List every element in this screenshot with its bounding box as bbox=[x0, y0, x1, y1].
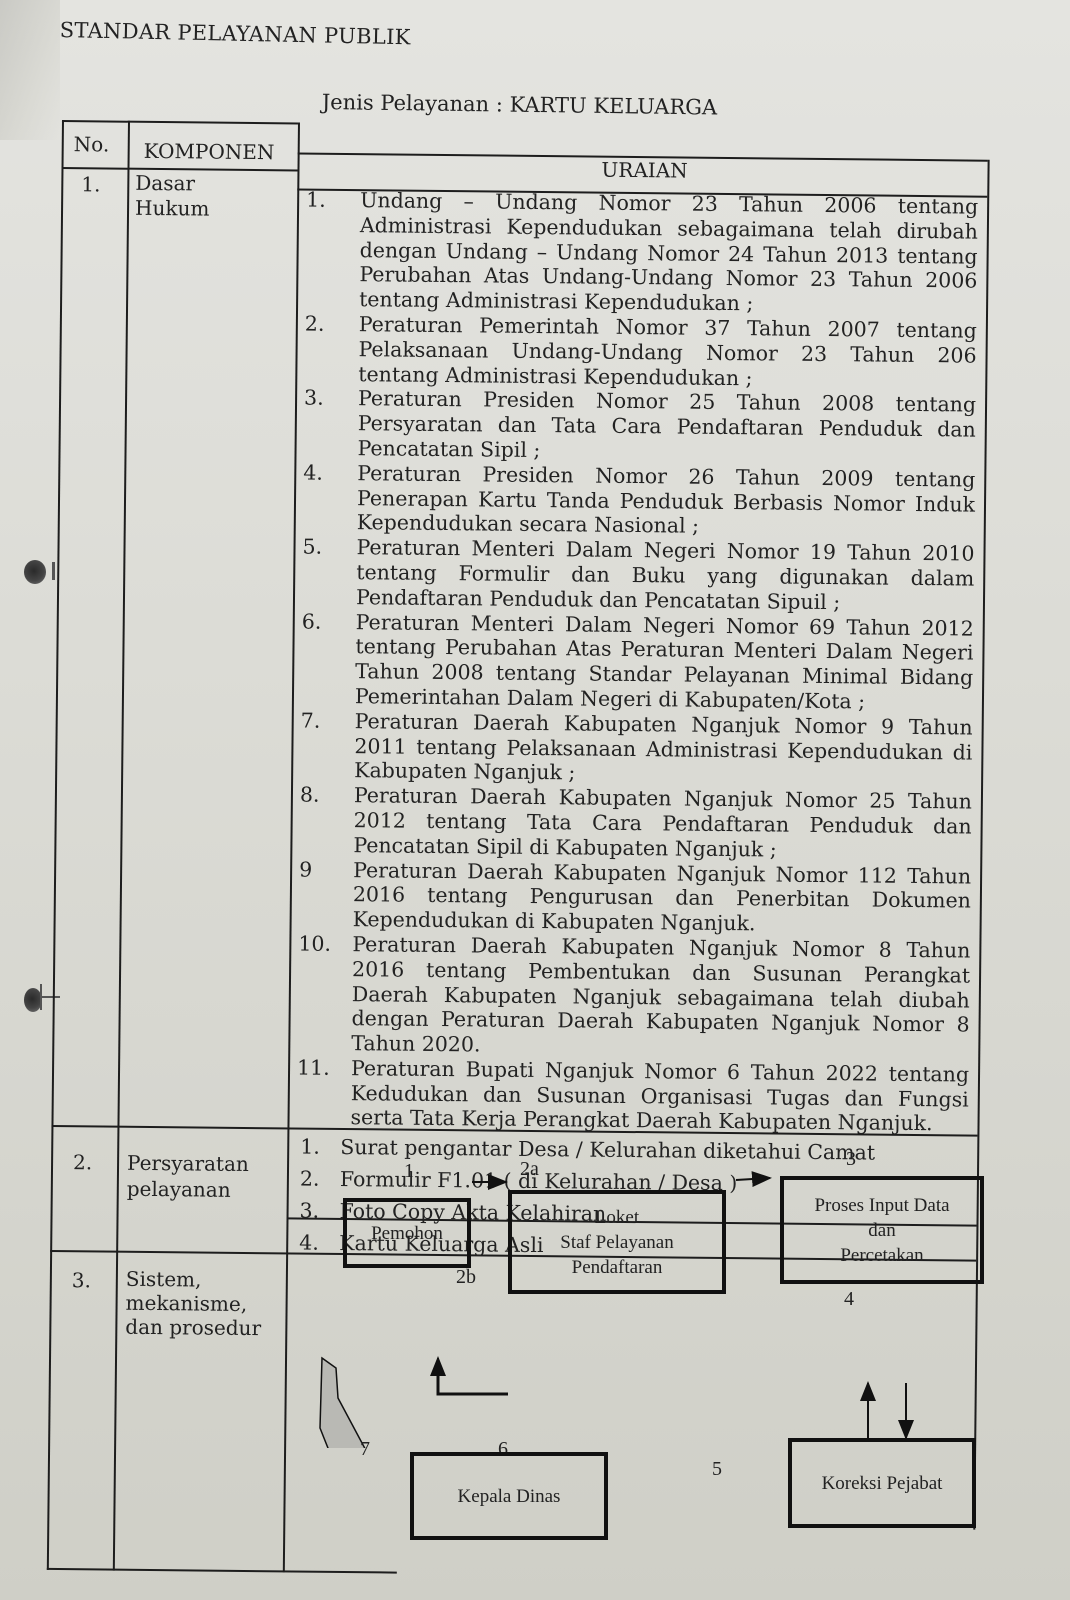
step-proses-line2: dan bbox=[868, 1218, 895, 1243]
legal-basis-item: 6.Peraturan Menteri Dalam Negeri Nomor 6… bbox=[301, 609, 974, 715]
legal-basis-item: 5.Peraturan Menteri Dalam Negeri Nomor 1… bbox=[302, 535, 975, 616]
legal-basis-item: 11.Peraturan Bupati Nganjuk Nomor 6 Tahu… bbox=[296, 1055, 969, 1136]
document-subtitle: Jenis Pelayanan : KARTU KELUARGA bbox=[322, 90, 718, 120]
item-number: 2. bbox=[304, 312, 359, 387]
header-no: No. bbox=[74, 132, 110, 157]
item-text: Peraturan Presiden Nomor 26 Tahun 2009 t… bbox=[357, 461, 976, 542]
legal-basis-item: 3.Peraturan Presiden Nomor 25 Tahun 2008… bbox=[303, 386, 976, 467]
step-7-number: 7 bbox=[360, 1438, 370, 1461]
punch-hole-icon bbox=[24, 560, 46, 584]
item-number: 6. bbox=[301, 609, 356, 709]
step-kepala-dinas-label: Kepala Dinas bbox=[458, 1484, 561, 1509]
step-loket-line2: Staf Pelayanan bbox=[560, 1230, 673, 1255]
item-text: Peraturan Daerah Kabupaten Nganjuk Nomor… bbox=[353, 783, 972, 864]
item-text: Peraturan Daerah Kabupaten Nganjuk Nomor… bbox=[353, 858, 972, 939]
item-number: 1. bbox=[305, 188, 360, 313]
row-1-komponen: Dasar Hukum bbox=[135, 171, 236, 222]
legal-basis-item: 10.Peraturan Daerah Kabupaten Nganjuk No… bbox=[297, 931, 970, 1062]
legal-basis-item: 2.Peraturan Pemerintah Nomor 37 Tahun 20… bbox=[304, 312, 977, 393]
item-number: 5. bbox=[302, 535, 357, 610]
item-text: Peraturan Daerah Kabupaten Nganjuk Nomor… bbox=[351, 932, 970, 1062]
step-pemohon-label: Pemohon bbox=[371, 1221, 443, 1246]
row-2-komponen-2: pelayanan bbox=[127, 1177, 231, 1203]
step-2b-number: 2b bbox=[456, 1266, 476, 1289]
step-4-number: 4 bbox=[844, 1288, 854, 1311]
legal-basis-item: 9Peraturan Daerah Kabupaten Nganjuk Nomo… bbox=[299, 857, 972, 938]
step-5-number: 5 bbox=[712, 1458, 722, 1481]
header-uraian: URAIAN bbox=[601, 158, 687, 184]
step-proses-box: Proses Input Data dan Percetakan bbox=[780, 1176, 984, 1284]
legal-basis-item: 1.Undang – Undang Nomor 23 Tahun 2006 te… bbox=[305, 188, 978, 319]
step-loket-box: Loket Staf Pelayanan Pendaftaran bbox=[508, 1190, 726, 1294]
item-number: 3. bbox=[303, 386, 358, 461]
row-1-no: 1. bbox=[81, 172, 100, 197]
item-number: 8. bbox=[299, 783, 354, 858]
item-number: 7. bbox=[300, 708, 355, 783]
item-text: Peraturan Bupati Nganjuk Nomor 6 Tahun 2… bbox=[350, 1056, 969, 1137]
step-1-number: 1 bbox=[404, 1160, 414, 1183]
item-number: 10. bbox=[297, 931, 352, 1056]
item-text: Peraturan Daerah Kabupaten Nganjuk Nomor… bbox=[354, 709, 973, 790]
page-fold-shadow bbox=[0, 0, 60, 140]
punch-mark bbox=[52, 562, 55, 580]
step-loket-line3: Pendaftaran bbox=[572, 1255, 663, 1280]
row-3-komponen-2: mekanisme, bbox=[125, 1291, 247, 1317]
row-3-komponen-1: Sistem, bbox=[126, 1267, 202, 1293]
step-3-number: 3 bbox=[846, 1148, 856, 1171]
row-2-komponen-1: Persyaratan bbox=[127, 1151, 249, 1177]
step-koreksi-label: Koreksi Pejabat bbox=[822, 1471, 943, 1496]
row-2-no: 2. bbox=[73, 1150, 92, 1175]
item-text: Peraturan Pemerintah Nomor 37 Tahun 2007… bbox=[358, 312, 977, 393]
legal-basis-item: 7.Peraturan Daerah Kabupaten Nganjuk Nom… bbox=[300, 708, 973, 789]
document-title: STANDAR PELAYANAN PUBLIK bbox=[59, 18, 410, 49]
legal-basis-list: 1.Undang – Undang Nomor 23 Tahun 2006 te… bbox=[296, 188, 978, 1137]
header-komponen: KOMPONEN bbox=[144, 139, 275, 165]
step-pemohon-box: Pemohon bbox=[343, 1198, 471, 1268]
item-number: 4. bbox=[303, 460, 358, 535]
step-kepala-dinas-box: Kepala Dinas bbox=[410, 1452, 608, 1540]
legal-basis-item: 4.Peraturan Presiden Nomor 26 Tahun 2009… bbox=[303, 460, 976, 541]
step-proses-line1: Proses Input Data bbox=[814, 1193, 949, 1218]
step-2a-number: 2a bbox=[520, 1158, 539, 1181]
item-number: 11. bbox=[296, 1055, 351, 1130]
procedure-flowchart: 1 Pemohon 2a Loket Staf Pelayanan Pendaf… bbox=[240, 1148, 930, 1438]
step-proses-line3: Percetakan bbox=[840, 1243, 923, 1268]
step-loket-line1: Loket bbox=[595, 1205, 639, 1230]
item-text: Undang – Undang Nomor 23 Tahun 2006 tent… bbox=[359, 188, 978, 318]
item-text: Peraturan Menteri Dalam Negeri Nomor 69 … bbox=[355, 610, 974, 716]
item-number: 9 bbox=[299, 857, 354, 932]
item-text: Peraturan Menteri Dalam Negeri Nomor 19 … bbox=[356, 535, 975, 616]
item-text: Peraturan Presiden Nomor 25 Tahun 2008 t… bbox=[357, 386, 976, 467]
step-koreksi-box: Koreksi Pejabat bbox=[788, 1438, 976, 1528]
row-3-no: 3. bbox=[72, 1268, 91, 1293]
legal-basis-item: 8.Peraturan Daerah Kabupaten Nganjuk Nom… bbox=[299, 783, 972, 864]
